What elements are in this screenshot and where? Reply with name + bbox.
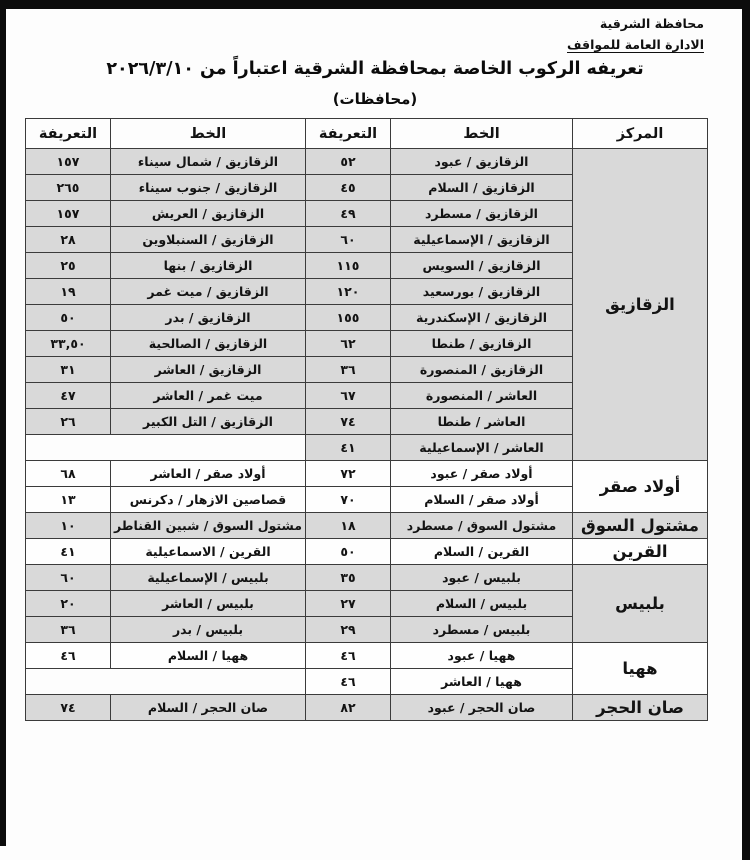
table-header-row: المركز الخط التعريفة الخط التعريفة	[26, 119, 708, 149]
fare-cell: ٣٣,٥٠	[26, 331, 111, 357]
fare-cell: ١٩	[26, 279, 111, 305]
fare-cell: ٥٢	[306, 149, 391, 175]
fare-table-body: الزقازيقالزقازيق / عبود٥٢الزقازيق / شمال…	[26, 149, 708, 721]
fare-table: المركز الخط التعريفة الخط التعريفة الزقا…	[25, 118, 708, 721]
center-cell: صان الحجر	[573, 695, 708, 721]
fare-cell: ١١٥	[306, 253, 391, 279]
header-fare-col-outer: التعريفة	[26, 119, 111, 149]
line-cell: بلبيس / مسطرد	[391, 617, 573, 643]
line-cell: القرين / الاسماعيلية	[111, 539, 306, 565]
fare-cell: ٧٠	[306, 487, 391, 513]
line-cell: الزقازيق / ميت غمر	[111, 279, 306, 305]
department-name: الادارة العامة للمواقف	[567, 35, 704, 56]
fare-cell: ٤٧	[26, 383, 111, 409]
line-cell: قصاصين الازهار / دكرنس	[111, 487, 306, 513]
line-cell: الزقازيق / التل الكبير	[111, 409, 306, 435]
fare-cell: ٢٧	[306, 591, 391, 617]
center-cell: الزقازيق	[573, 149, 708, 461]
fare-row: ههياههيا / عبود٤٦ههيا / السلام٤٦	[26, 643, 708, 669]
line-cell: بلبيس / بدر	[111, 617, 306, 643]
header-line-col-outer: الخط	[111, 119, 306, 149]
empty-cell	[26, 435, 306, 461]
fare-cell: ١٢٠	[306, 279, 391, 305]
line-cell: الزقازيق / الإسماعيلية	[391, 227, 573, 253]
fare-cell: ٢٦٥	[26, 175, 111, 201]
fare-cell: ٤٦	[306, 643, 391, 669]
line-cell: الزقازيق / طنطا	[391, 331, 573, 357]
fare-cell: ٤١	[26, 539, 111, 565]
fare-cell: ١٠	[26, 513, 111, 539]
line-cell: أولاد صقر / عبود	[391, 461, 573, 487]
line-cell: مشتول السوق / شبين القناطر	[111, 513, 306, 539]
fare-cell: ٢٩	[306, 617, 391, 643]
line-cell: الزقازيق / السلام	[391, 175, 573, 201]
fare-cell: ١٥٥	[306, 305, 391, 331]
header-fare-col-inner: التعريفة	[306, 119, 391, 149]
fare-row: بلبيسبلبيس / عبود٣٥بلبيس / الإسماعيلية٦٠	[26, 565, 708, 591]
fare-cell: ٦٧	[306, 383, 391, 409]
fare-row: الزقازيقالزقازيق / عبود٥٢الزقازيق / شمال…	[26, 149, 708, 175]
line-cell: أولاد صقر / العاشر	[111, 461, 306, 487]
center-cell: ههيا	[573, 643, 708, 695]
line-cell: ميت غمر / العاشر	[111, 383, 306, 409]
fare-row: أولاد صقرأولاد صقر / عبود٧٢أولاد صقر / ا…	[26, 461, 708, 487]
center-cell: مشتول السوق	[573, 513, 708, 539]
line-cell: الزقازيق / السويس	[391, 253, 573, 279]
fare-cell: ٣١	[26, 357, 111, 383]
fare-cell: ٢٥	[26, 253, 111, 279]
fare-row: صان الحجرصان الحجر / عبود٨٢صان الحجر / ا…	[26, 695, 708, 721]
line-cell: صان الحجر / السلام	[111, 695, 306, 721]
fare-cell: ٣٥	[306, 565, 391, 591]
line-cell: القرين / السلام	[391, 539, 573, 565]
document-subtitle: (محافظات)	[0, 90, 750, 108]
fare-cell: ٦٢	[306, 331, 391, 357]
line-cell: مشتول السوق / مسطرد	[391, 513, 573, 539]
fare-cell: ٧٢	[306, 461, 391, 487]
line-cell: ههيا / السلام	[111, 643, 306, 669]
line-cell: الزقازيق / بدر	[111, 305, 306, 331]
scan-frame-top	[0, 0, 750, 9]
header-line-col-inner: الخط	[391, 119, 573, 149]
line-cell: ههيا / عبود	[391, 643, 573, 669]
fare-cell: ٤١	[306, 435, 391, 461]
line-cell: العاشر / طنطا	[391, 409, 573, 435]
fare-cell: ٧٤	[26, 695, 111, 721]
fare-cell: ٤٦	[306, 669, 391, 695]
fare-cell: ١٨	[306, 513, 391, 539]
fare-cell: ٢٨	[26, 227, 111, 253]
fare-cell: ٥٠	[306, 539, 391, 565]
line-cell: الزقازيق / بنها	[111, 253, 306, 279]
fare-cell: ٥٠	[26, 305, 111, 331]
document-page: محافظة الشرقية الادارة العامة للمواقف تع…	[0, 0, 750, 860]
line-cell: الزقازيق / الصالحية	[111, 331, 306, 357]
line-cell: الزقازيق / مسطرد	[391, 201, 573, 227]
fare-cell: ٤٩	[306, 201, 391, 227]
fare-cell: ٦٠	[306, 227, 391, 253]
fare-cell: ٢٠	[26, 591, 111, 617]
fare-cell: ٤٥	[306, 175, 391, 201]
fare-cell: ٦٨	[26, 461, 111, 487]
line-cell: بلبيس / العاشر	[111, 591, 306, 617]
line-cell: صان الحجر / عبود	[391, 695, 573, 721]
center-cell: القرين	[573, 539, 708, 565]
fare-cell: ٦٠	[26, 565, 111, 591]
fare-cell: ٨٢	[306, 695, 391, 721]
fare-cell: ١٥٧	[26, 201, 111, 227]
fare-cell: ٧٤	[306, 409, 391, 435]
fare-row: القرينالقرين / السلام٥٠القرين / الاسماعي…	[26, 539, 708, 565]
line-cell: الزقازيق / السنبلاوين	[111, 227, 306, 253]
document-title: تعريفه الركوب الخاصة بمحافظة الشرقية اعت…	[0, 59, 750, 79]
line-cell: بلبيس / السلام	[391, 591, 573, 617]
fare-cell: ٣٦	[26, 617, 111, 643]
line-cell: الزقازيق / العريش	[111, 201, 306, 227]
line-cell: العاشر / المنصورة	[391, 383, 573, 409]
center-cell: أولاد صقر	[573, 461, 708, 513]
fare-cell: ٢٦	[26, 409, 111, 435]
line-cell: الزقازيق / المنصورة	[391, 357, 573, 383]
fare-cell: ١٥٧	[26, 149, 111, 175]
line-cell: الزقازيق / عبود	[391, 149, 573, 175]
line-cell: الزقازيق / الإسكندرية	[391, 305, 573, 331]
scan-frame-left	[0, 0, 6, 846]
fare-cell: ٣٦	[306, 357, 391, 383]
line-cell: الزقازيق / جنوب سيناء	[111, 175, 306, 201]
line-cell: الزقازيق / شمال سيناء	[111, 149, 306, 175]
line-cell: بلبيس / عبود	[391, 565, 573, 591]
line-cell: أولاد صقر / السلام	[391, 487, 573, 513]
fare-cell: ٤٦	[26, 643, 111, 669]
line-cell: العاشر / الإسماعيلية	[391, 435, 573, 461]
center-cell: بلبيس	[573, 565, 708, 643]
governorate-name: محافظة الشرقية	[567, 14, 704, 35]
header-center-col: المركز	[573, 119, 708, 149]
fare-row: مشتول السوقمشتول السوق / مسطرد١٨مشتول ال…	[26, 513, 708, 539]
empty-cell	[26, 669, 306, 695]
org-block: محافظة الشرقية الادارة العامة للمواقف	[567, 14, 704, 55]
fare-cell: ١٣	[26, 487, 111, 513]
line-cell: بلبيس / الإسماعيلية	[111, 565, 306, 591]
line-cell: الزقازيق / العاشر	[111, 357, 306, 383]
line-cell: ههيا / العاشر	[391, 669, 573, 695]
line-cell: الزقازيق / بورسعيد	[391, 279, 573, 305]
scan-frame-right	[742, 0, 750, 860]
